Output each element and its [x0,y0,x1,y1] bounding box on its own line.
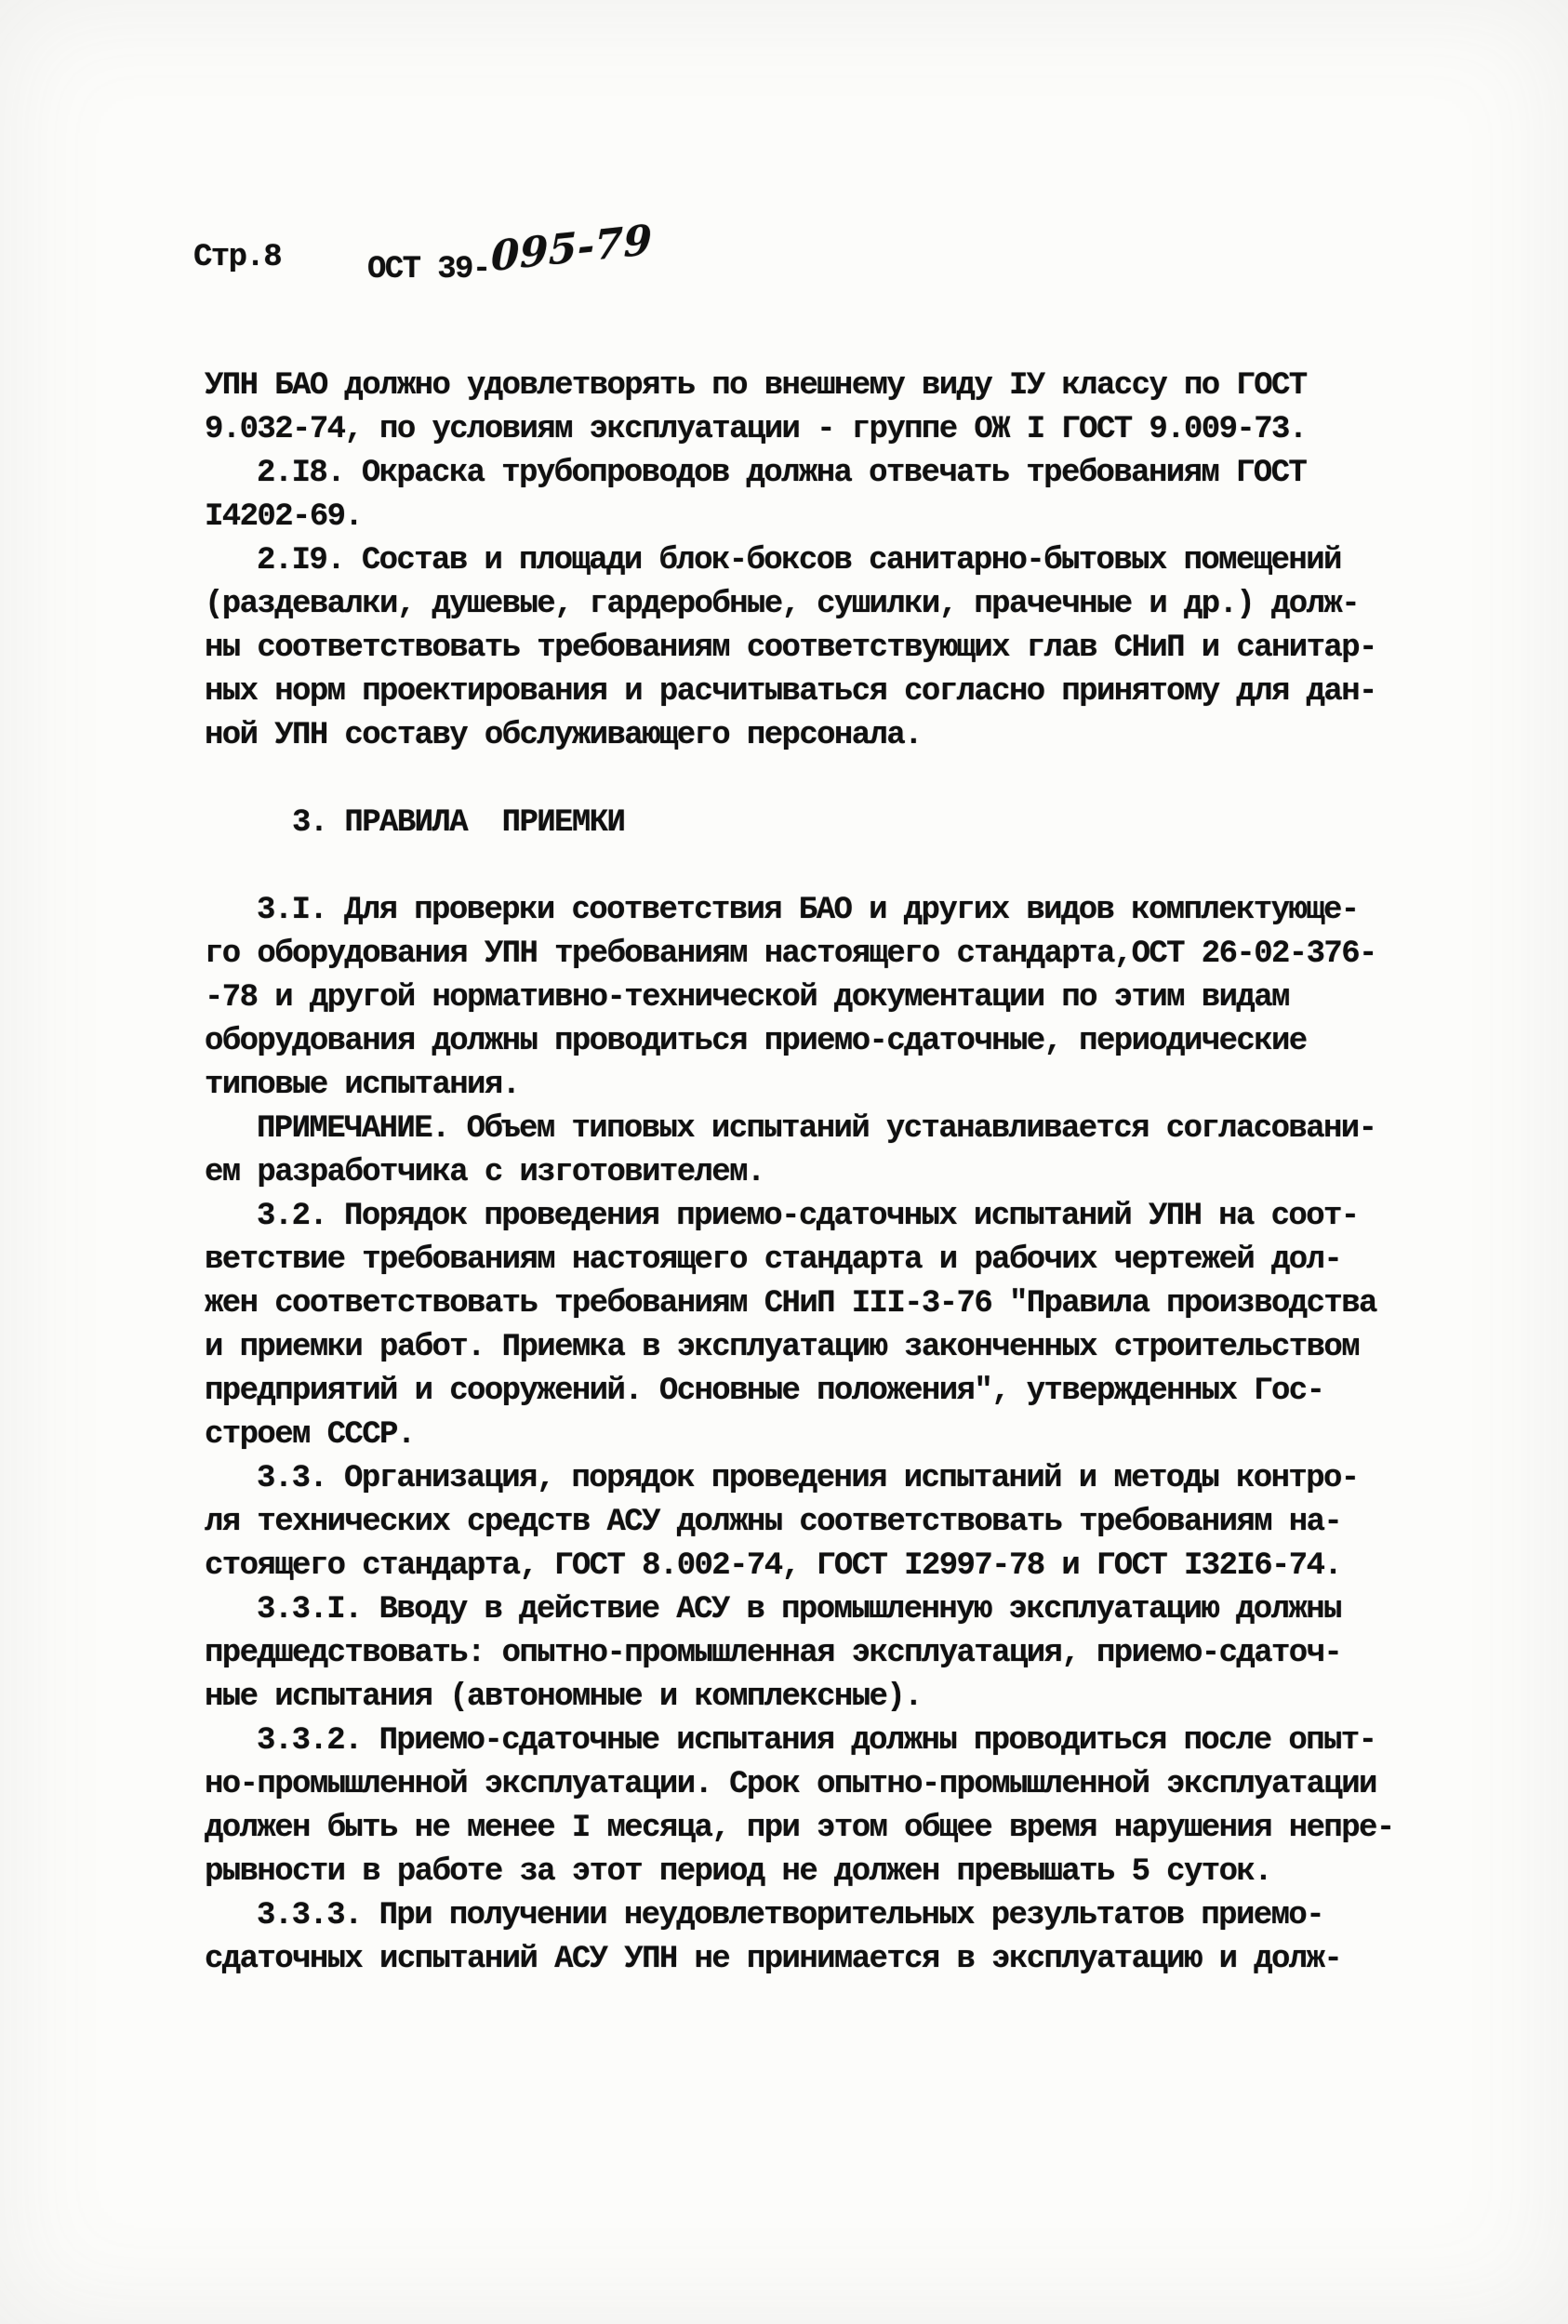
text-line: ные испытания (автономные и комплексные)… [205,1676,1451,1720]
text-line: сдаточных испытаний АСУ УПН не принимает… [205,1938,1451,1982]
text-line: предприятий и сооружений. Основные полож… [205,1370,1451,1414]
text-line: ем разработчика с изготовителем. [205,1151,1451,1195]
text-line: типовые испытания. [205,1064,1451,1108]
doc-code-handwritten: 095-79 [491,216,652,281]
text-line: жен соответствовать требованиям СНиП III… [205,1282,1451,1326]
text-line: стоящего стандарта, ГОСТ 8.002-74, ГОСТ … [205,1545,1451,1588]
text-line: рывности в работе за этот период не долж… [205,1851,1451,1894]
text-line [205,758,1451,802]
section-heading: 3. ПРАВИЛА ПРИЕМКИ [205,802,1451,845]
text-line: (раздевалки, душевые, гардеробные, сушил… [205,583,1451,627]
text-line [205,845,1451,889]
text-line: УПН БАО должно удовлетворять по внешнему… [205,365,1451,408]
text-line: 3.3. Организация, порядок проведения исп… [205,1457,1451,1501]
page-number-label: Стр.8 [193,240,281,275]
text-line: ветствие требованиям настоящего стандарт… [205,1239,1451,1282]
text-line: -78 и другой нормативно-технической доку… [205,976,1451,1020]
text-line: ных норм проектирования и расчитываться … [205,671,1451,714]
doc-code-typed: ОСТ 39- [367,252,490,287]
text-line: 3.3.2. Приемо-сдаточные испытания должны… [205,1720,1451,1763]
page-header: Стр.8 ОСТ 39-095-79 [0,240,1568,288]
text-line: 3.3.I. Вводу в действие АСУ в промышленн… [205,1588,1451,1632]
text-line: предшедствовать: опытно-промышленная экс… [205,1632,1451,1676]
text-line: 2.I8. Окраска трубопроводов должна отвеч… [205,452,1451,496]
text-line: ПРИМЕЧАНИЕ. Объем типовых испытаний уста… [205,1108,1451,1151]
text-line: ны соответствовать требованиям соответст… [205,627,1451,671]
text-line: оборудования должны проводиться приемо-с… [205,1020,1451,1064]
text-line: должен быть не менее I месяца, при этом … [205,1807,1451,1851]
text-line: ной УПН составу обслуживающего персонала… [205,714,1451,758]
text-line: 3.3.3. При получении неудовлетворительны… [205,1894,1451,1938]
document-body: УПН БАО должно удовлетворять по внешнему… [205,365,1451,1982]
document-page: Стр.8 ОСТ 39-095-79 УПН БАО должно удовл… [0,0,1568,2324]
text-line: I4202-69. [205,496,1451,539]
text-line: и приемки работ. Приемка в эксплуатацию … [205,1326,1451,1370]
text-line: строем СССР. [205,1414,1451,1457]
doc-code: ОСТ 39-095-79 [367,240,653,287]
text-line: но-промышленной эксплуатации. Срок опытн… [205,1763,1451,1807]
text-line: 9.032-74, по условиям эксплуатации - гру… [205,408,1451,452]
text-line: 3.2. Порядок проведения приемо-сдаточных… [205,1195,1451,1239]
text-line: 2.I9. Состав и площади блок-боксов санит… [205,539,1451,583]
text-line: 3.I. Для проверки соответствия БАО и дру… [205,889,1451,933]
text-line: го оборудования УПН требованиям настояще… [205,933,1451,976]
text-line: ля технических средств АСУ должны соотве… [205,1501,1451,1545]
